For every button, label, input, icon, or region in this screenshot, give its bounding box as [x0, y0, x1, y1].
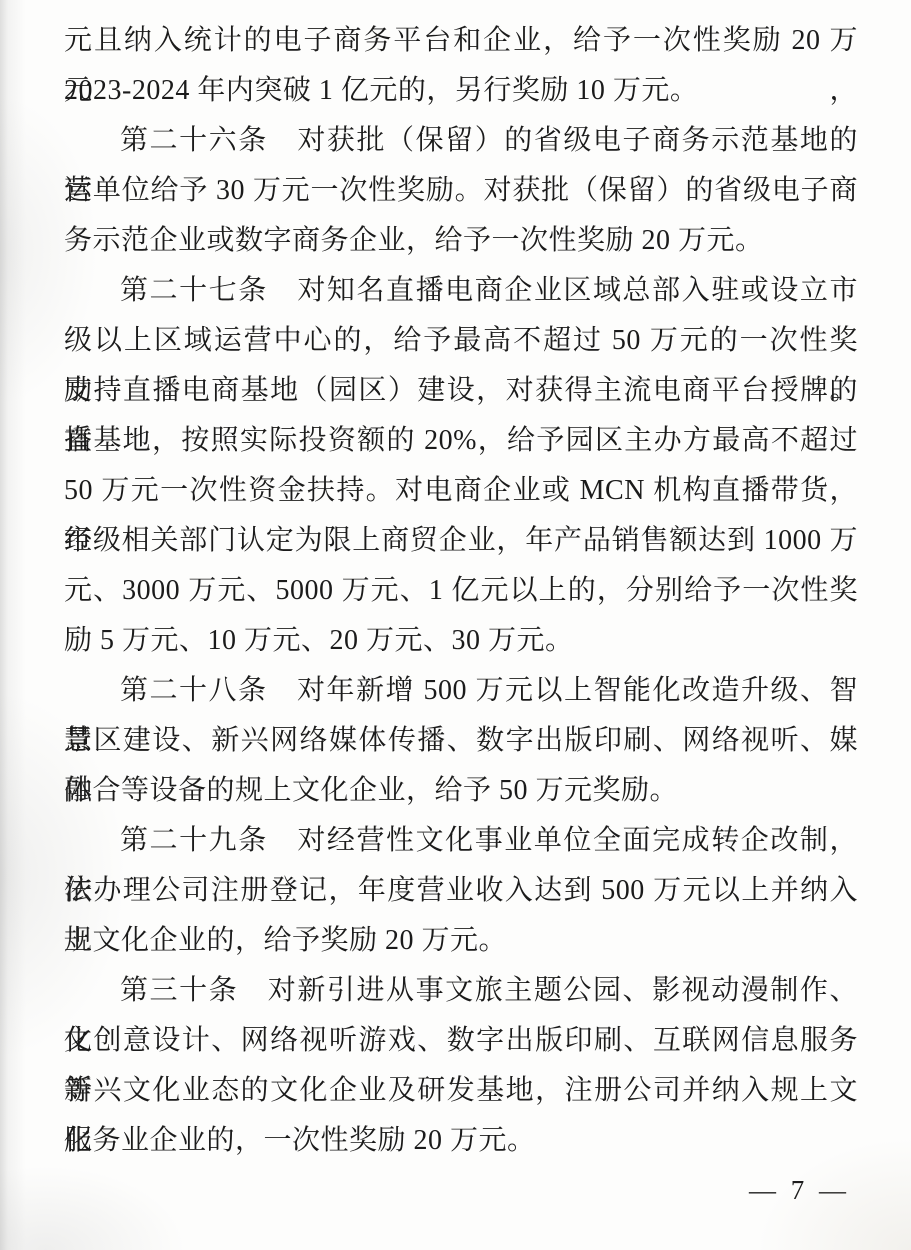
- document-page: 元且纳入统计的电子商务平台和企业，给予一次性奖励 20 万元，2023-2024…: [0, 0, 911, 1250]
- text-line: 元且纳入统计的电子商务平台和企业，给予一次性奖励 20 万元，: [64, 16, 858, 66]
- paragraph-article-30: 第三十条 对新引进从事文旅主题公园、影视动漫制作、文化创意设计、网络视听游戏、数…: [64, 966, 858, 1166]
- text-line: 第二十八条 对年新增 500 万元以上智能化改造升级、智慧: [64, 666, 858, 716]
- text-line: 元、3000 万元、5000 万元、1 亿元以上的，分别给予一次性奖: [64, 566, 858, 616]
- text-line: 第二十六条 对获批（保留）的省级电子商务示范基地的运: [64, 116, 858, 166]
- text-line: 播基地，按照实际投资额的 20%，给予园区主办方最高不超过: [64, 416, 858, 466]
- text-line: 支持直播电商基地（园区）建设，对获得主流电商平台授牌的直: [64, 366, 858, 416]
- paragraph-article-26: 第二十六条 对获批（保留）的省级电子商务示范基地的运营单位给予 30 万元一次性…: [64, 116, 858, 266]
- page-number: — 7 —: [749, 1175, 850, 1205]
- text-line: 上文化企业的，给予奖励 20 万元。: [64, 916, 858, 966]
- paragraph-article-29: 第二十九条 对经营性文化事业单位全面完成转企改制，依法办理公司注册登记，年度营业…: [64, 816, 858, 966]
- text-line: 励 5 万元、10 万元、20 万元、30 万元。: [64, 616, 858, 666]
- page-footer: — 7 —: [64, 1172, 858, 1208]
- paragraph-article-28: 第二十八条 对年新增 500 万元以上智能化改造升级、智慧景区建设、新兴网络媒体…: [64, 666, 858, 816]
- text-line: 务示范企业或数字商务企业，给予一次性奖励 20 万元。: [64, 216, 858, 266]
- text-line: 景区建设、新兴网络媒体传播、数字出版印刷、网络视听、媒体: [64, 716, 858, 766]
- text-line: 法办理公司注册登记，年度营业收入达到 500 万元以上并纳入规: [64, 866, 858, 916]
- text-line: 营单位给予 30 万元一次性奖励。对获批（保留）的省级电子商: [64, 166, 858, 216]
- text-line: 级以上区域运营中心的，给予最高不超过 50 万元的一次性奖励。: [64, 316, 858, 366]
- document-body: 元且纳入统计的电子商务平台和企业，给予一次性奖励 20 万元，2023-2024…: [64, 16, 858, 1166]
- paragraph-article-25-continuation: 元且纳入统计的电子商务平台和企业，给予一次性奖励 20 万元，2023-2024…: [64, 16, 858, 116]
- text-line: 50 万元一次性资金扶持。对电商企业或 MCN 机构直播带货，经: [64, 466, 858, 516]
- text-line: 市级相关部门认定为限上商贸企业，年产品销售额达到 1000 万: [64, 516, 858, 566]
- text-line: 服务业企业的，一次性奖励 20 万元。: [64, 1116, 858, 1166]
- paragraph-article-27: 第二十七条 对知名直播电商企业区域总部入驻或设立市级以上区域运营中心的，给予最高…: [64, 266, 858, 666]
- text-line: 第二十九条 对经营性文化事业单位全面完成转企改制，依: [64, 816, 858, 866]
- text-line: 融合等设备的规上文化企业，给予 50 万元奖励。: [64, 766, 858, 816]
- text-line: 化创意设计、网络视听游戏、数字出版印刷、互联网信息服务等: [64, 1016, 858, 1066]
- text-line: 新兴文化业态的文化企业及研发基地，注册公司并纳入规上文化: [64, 1066, 858, 1116]
- text-line: 第三十条 对新引进从事文旅主题公园、影视动漫制作、文: [64, 966, 858, 1016]
- text-line: 第二十七条 对知名直播电商企业区域总部入驻或设立市: [64, 266, 858, 316]
